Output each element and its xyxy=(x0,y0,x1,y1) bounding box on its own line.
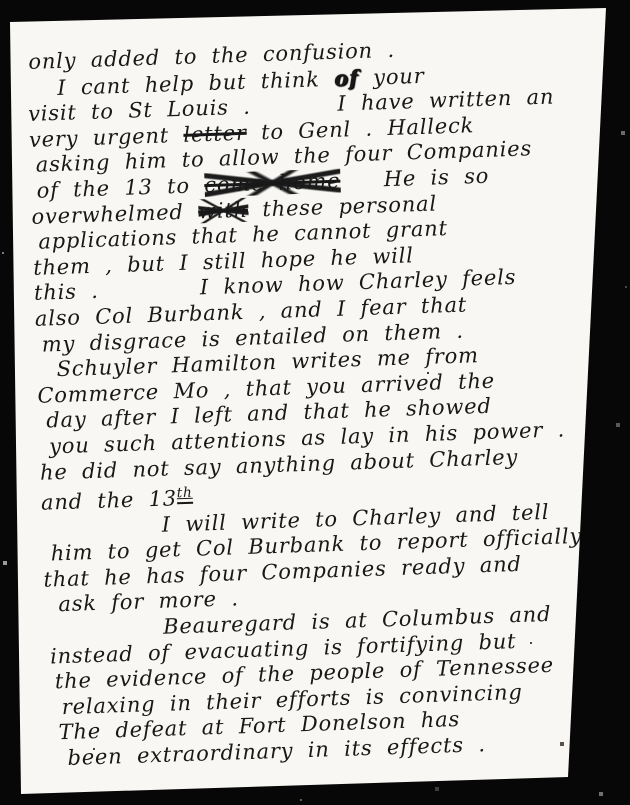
letter-text-run: overwhelmed xyxy=(31,199,198,229)
letter-text-run: He is so xyxy=(340,164,490,193)
scan-noise xyxy=(0,0,2,2)
letter-body: only added to the confusion .I cant help… xyxy=(26,31,612,772)
letter-word-blot: of xyxy=(334,65,359,91)
letter-word-scribble: come home xyxy=(204,169,341,198)
scan-background: { "colors": { "background": "#070707", "… xyxy=(0,0,630,805)
letter-text-run: of the 13 to xyxy=(36,173,204,203)
letter-word-sup: th xyxy=(176,485,192,505)
letter-page: only added to the confusion .I cant help… xyxy=(0,0,630,805)
letter-text-run: your xyxy=(358,63,425,89)
letter-word-strike: letter xyxy=(183,121,247,147)
letter-text-run: very urgent xyxy=(29,123,184,152)
letter-word-scribble: with xyxy=(198,197,249,223)
scanned-letter: only added to the confusion .I cant help… xyxy=(0,0,630,805)
letter-text-run: and the 13 xyxy=(41,486,178,514)
